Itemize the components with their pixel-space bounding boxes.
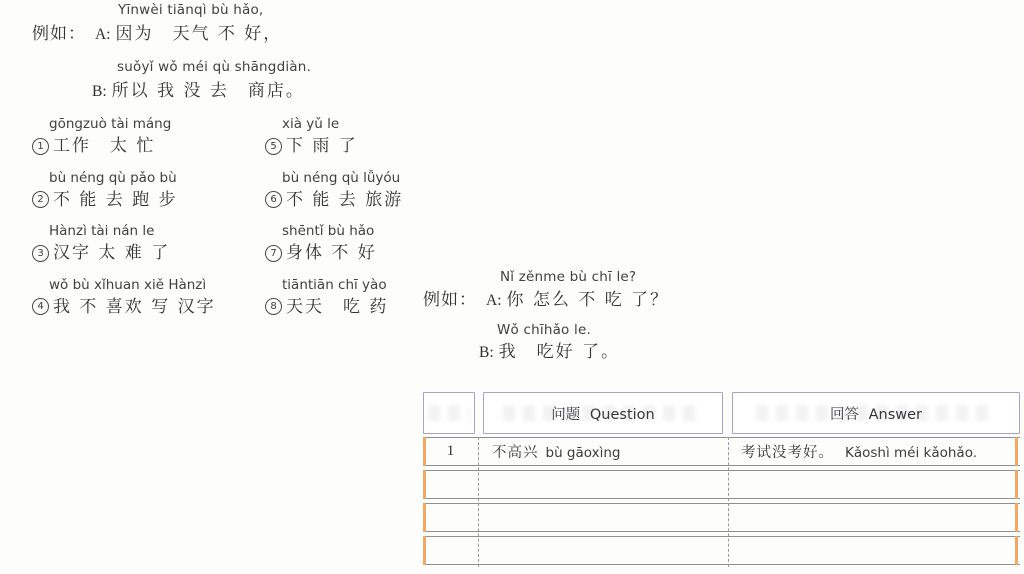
example2-label: 例如： — [423, 290, 477, 310]
qa-table-header-number — [423, 392, 475, 434]
column-divider-number-question — [478, 437, 479, 567]
item-number-badge: 7 — [265, 245, 282, 262]
table-row-4 — [423, 536, 1020, 565]
item-hanzi: 不 能 去 旅游 — [286, 190, 403, 210]
example2-pinyin-a: Nǐ zěnme bù chī le? — [500, 270, 636, 285]
answer-pinyin: Kǎoshì méi kǎohǎo. — [845, 445, 977, 461]
example1-pinyin-a: Yīnwèi tiānqì bù hǎo, — [118, 3, 263, 18]
item-pinyin: bù néng qù pǎo bù — [49, 171, 263, 186]
example2-line-a: 例如：A:你 怎么 不 吃 了？ — [423, 290, 669, 311]
textbook-page: Yīnwèi tiānqì bù hǎo, 例如：A:因为 天气 不 好， su… — [0, 0, 1024, 574]
item-pinyin: xià yǔ le — [282, 117, 473, 132]
item-number-badge: 8 — [265, 298, 282, 315]
example1-speaker-a: A: — [95, 26, 111, 43]
example1-speaker-b: B: — [92, 83, 107, 100]
item-pinyin: Hànzì tài nán le — [49, 224, 263, 239]
exercise-items: gōngzuò tài máng 1工作 太 忙 bù néng qù pǎo … — [30, 117, 473, 331]
question-hanzi: 不高兴 — [492, 441, 539, 462]
item-number-badge: 5 — [265, 138, 282, 155]
row-number-cell: 1 — [423, 443, 478, 460]
example1-line-b: B:所以 我 没 去 商店。 — [92, 81, 305, 102]
item-hanzi: 天天 吃 药 — [286, 297, 388, 317]
example2-line-b: B:我 吃好 了。 — [479, 342, 620, 363]
item-number-badge: 4 — [32, 298, 49, 315]
table-row-1: 1 不高兴 bù gāoxìng 考试没考好。 Kǎoshì méi kǎohǎ… — [423, 437, 1020, 466]
item-number-badge: 2 — [32, 191, 49, 208]
qa-table-header-answer: 回答 Answer — [732, 392, 1020, 434]
item-hanzi: 身体 不 好 — [286, 243, 377, 263]
item-pinyin: shēntǐ bù hǎo — [282, 224, 473, 239]
qa-table-body: 1 不高兴 bù gāoxìng 考试没考好。 Kǎoshì méi kǎohǎ… — [423, 437, 1020, 569]
answer-hanzi: 考试没考好。 — [741, 441, 834, 462]
exercise-item-4: wǒ bù xǐhuan xiě Hànzì 4我 不 喜欢 写 汉字 — [30, 278, 263, 332]
example2-pinyin-b: Wǒ chīhǎo le. — [497, 323, 591, 338]
example2-hanzi-a: 你 怎么 不 吃 了？ — [507, 290, 670, 310]
item-pinyin: wǒ bù xǐhuan xiě Hànzì — [49, 278, 263, 293]
question-pinyin: bù gāoxìng — [546, 445, 621, 461]
exercise-item-2: bù néng qù pǎo bù 2不 能 去 跑 步 — [30, 171, 263, 225]
example1-label: 例如： — [32, 24, 86, 44]
exercise-item-7: shēntǐ bù hǎo 7身体 不 好 — [263, 224, 473, 278]
item-hanzi: 工作 太 忙 — [53, 136, 155, 156]
qa-table: 问题 Question 回答 Answer 1 不高兴 bù gāoxìng 考… — [423, 392, 1020, 567]
example1-line-a: 例如：A:因为 天气 不 好， — [32, 24, 282, 45]
example1-pinyin-b: suǒyǐ wǒ méi qù shāngdiàn. — [117, 60, 311, 75]
answer-cell: 考试没考好。 Kǎoshì méi kǎohǎo. — [728, 441, 1020, 462]
item-number-badge: 3 — [32, 245, 49, 262]
qa-table-header-question: 问题 Question — [483, 392, 723, 434]
column-divider-question-answer — [728, 437, 729, 567]
example1-hanzi-b: 所以 我 没 去 商店。 — [112, 81, 305, 101]
item-hanzi: 汉字 太 难 了 — [53, 243, 170, 263]
item-number-badge: 6 — [265, 191, 282, 208]
example2-speaker-b: B: — [479, 344, 494, 361]
item-hanzi: 下 雨 了 — [286, 136, 358, 156]
example2-hanzi-b: 我 吃好 了。 — [499, 342, 620, 362]
item-hanzi: 不 能 去 跑 步 — [53, 190, 178, 210]
item-hanzi: 我 不 喜欢 写 汉字 — [53, 297, 216, 317]
exercise-item-3: Hànzì tài nán le 3汉字 太 难 了 — [30, 224, 263, 278]
example1-hanzi-a: 因为 天气 不 好， — [116, 24, 283, 44]
exercise-item-5: xià yǔ le 5下 雨 了 — [263, 117, 473, 171]
example2-speaker-a: A: — [486, 292, 502, 309]
item-pinyin: bù néng qù lǚyóu — [282, 171, 473, 186]
exercise-item-6: bù néng qù lǚyóu 6不 能 去 旅游 — [263, 171, 473, 225]
table-row-2 — [423, 470, 1020, 499]
question-cell: 不高兴 bù gāoxìng — [478, 441, 728, 462]
item-pinyin: gōngzuò tài máng — [49, 117, 263, 132]
exercise-item-1: gōngzuò tài máng 1工作 太 忙 — [30, 117, 263, 171]
item-number-badge: 1 — [32, 138, 49, 155]
table-row-3 — [423, 503, 1020, 532]
